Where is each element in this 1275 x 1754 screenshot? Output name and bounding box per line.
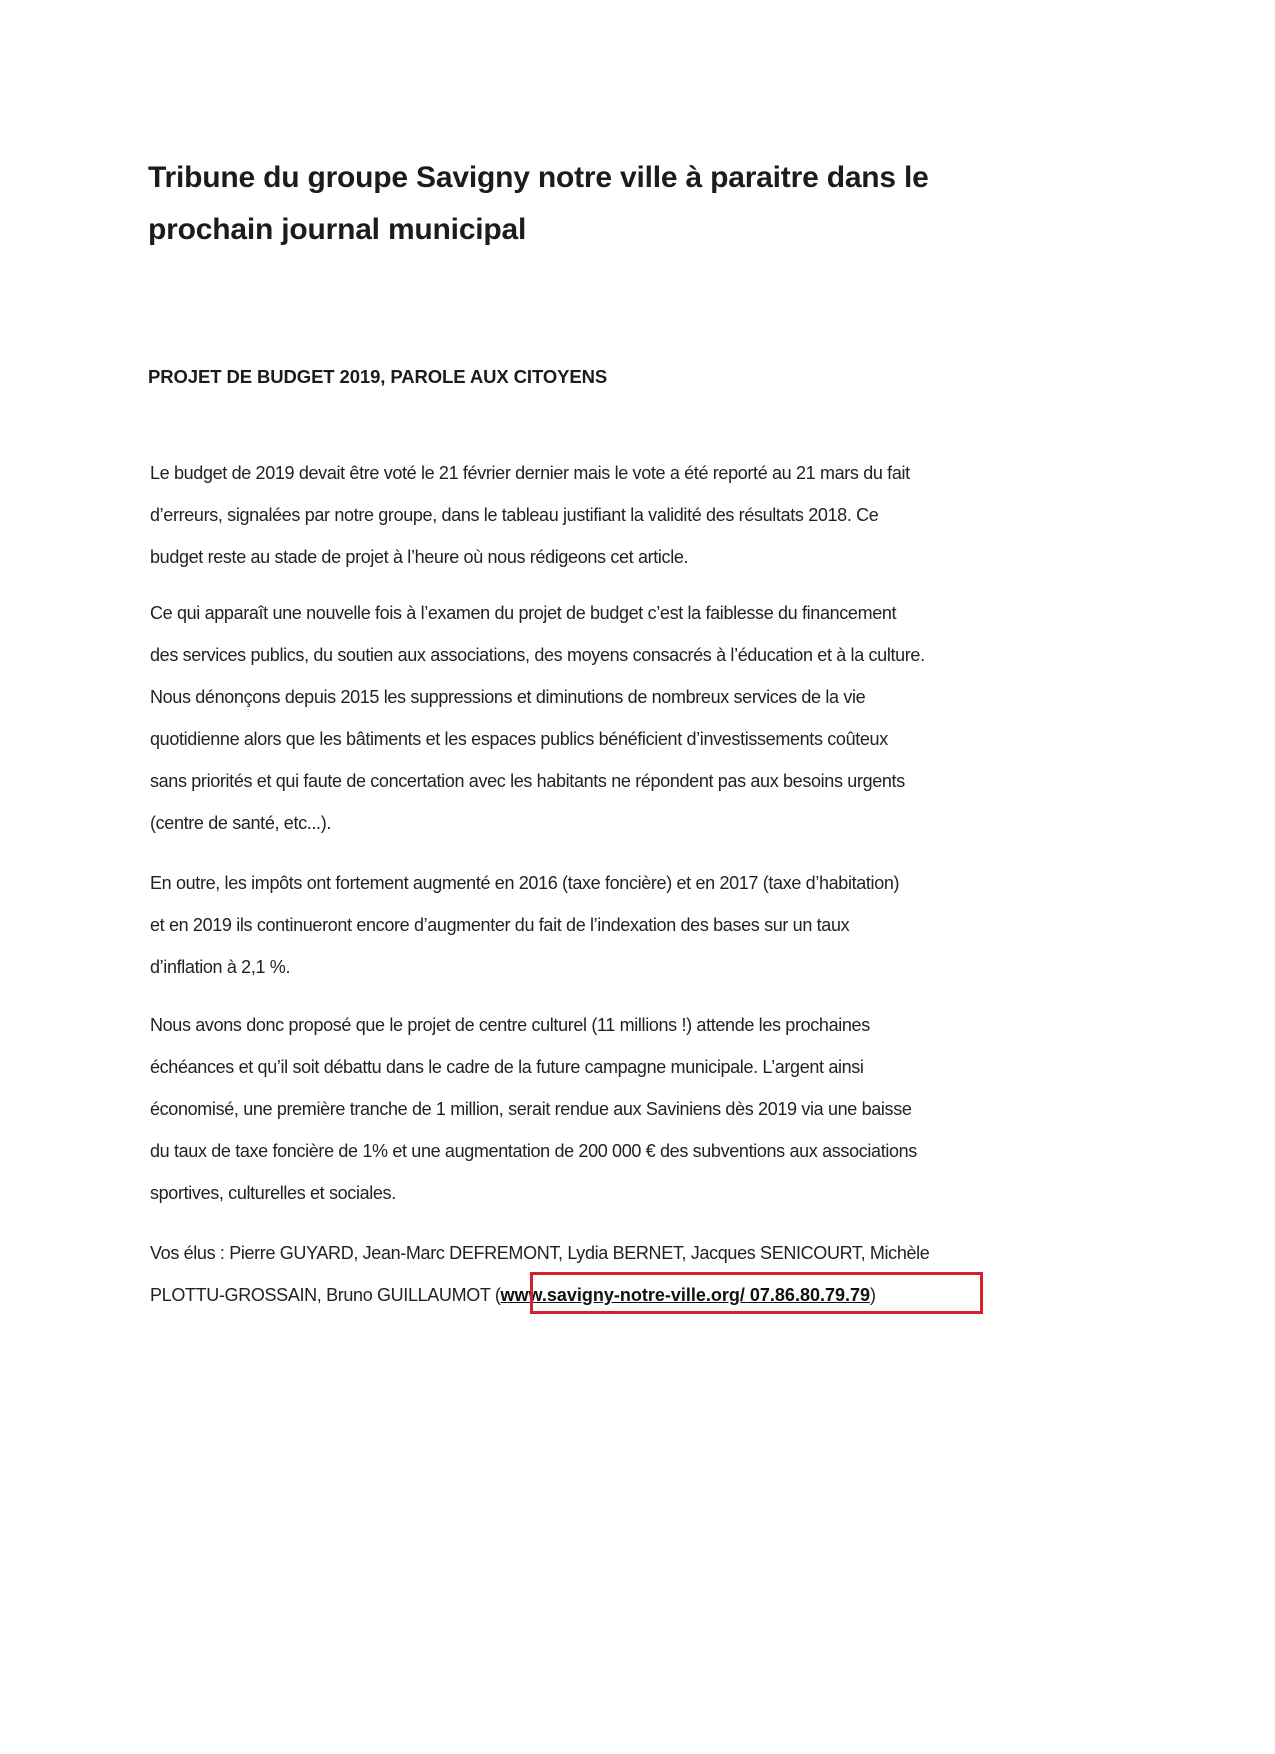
paragraph-budget-vote: Le budget de 2019 devait être voté le 21… (150, 452, 1095, 578)
paragraph-line: échéances et qu’il soit débattu dans le … (150, 1046, 1095, 1088)
paragraph-line: Nous avons donc proposé que le projet de… (150, 1004, 1095, 1046)
paragraph-line: (centre de santé, etc...). (150, 802, 1095, 844)
section-heading: PROJET DE BUDGET 2019, PAROLE AUX CITOYE… (148, 366, 607, 388)
signature-block: Vos élus : Pierre GUYARD, Jean-Marc DEFR… (150, 1232, 1095, 1316)
paragraph-public-services: Ce qui apparaît une nouvelle fois à l’ex… (150, 592, 1095, 844)
paragraph-line: Ce qui apparaît une nouvelle fois à l’ex… (150, 592, 1095, 634)
paragraph-line: et en 2019 ils continueront encore d’aug… (150, 904, 1095, 946)
paragraph-line: des services publics, du soutien aux ass… (150, 634, 1095, 676)
paragraph-proposal: Nous avons donc proposé que le projet de… (150, 1004, 1095, 1214)
contact-link[interactable]: www.savigny-notre-ville.org/ 07.86.80.79… (501, 1285, 871, 1305)
paragraph-line: sans priorités et qui faute de concertat… (150, 760, 1095, 802)
paragraph-line: économisé, une première tranche de 1 mil… (150, 1088, 1095, 1130)
title-line-1: Tribune du groupe Savigny notre ville à … (148, 152, 1108, 204)
paragraph-line: sportives, culturelles et sociales. (150, 1172, 1095, 1214)
paragraph-line: quotidienne alors que les bâtiments et l… (150, 718, 1095, 760)
paragraph-line: Le budget de 2019 devait être voté le 21… (150, 452, 1095, 494)
document-title: Tribune du groupe Savigny notre ville à … (148, 152, 1108, 256)
document-page: Tribune du groupe Savigny notre ville à … (0, 0, 1275, 1754)
title-line-2: prochain journal municipal (148, 204, 1108, 256)
paragraph-line: d’inflation à 2,1 %. (150, 946, 1095, 988)
signature-names: PLOTTU-GROSSAIN, Bruno GUILLAUMOT (150, 1285, 495, 1305)
signature-line-2: PLOTTU-GROSSAIN, Bruno GUILLAUMOT (www.s… (150, 1274, 1095, 1316)
signature-line-1: Vos élus : Pierre GUYARD, Jean-Marc DEFR… (150, 1232, 1095, 1274)
paragraph-line: Nous dénonçons depuis 2015 les suppressi… (150, 676, 1095, 718)
paragraph-line: budget reste au stade de projet à l’heur… (150, 536, 1095, 578)
paragraph-line: d’erreurs, signalées par notre groupe, d… (150, 494, 1095, 536)
close-paren: ) (870, 1285, 876, 1305)
paragraph-line: En outre, les impôts ont fortement augme… (150, 862, 1095, 904)
paragraph-line: du taux de taxe foncière de 1% et une au… (150, 1130, 1095, 1172)
paragraph-taxes: En outre, les impôts ont fortement augme… (150, 862, 1095, 988)
